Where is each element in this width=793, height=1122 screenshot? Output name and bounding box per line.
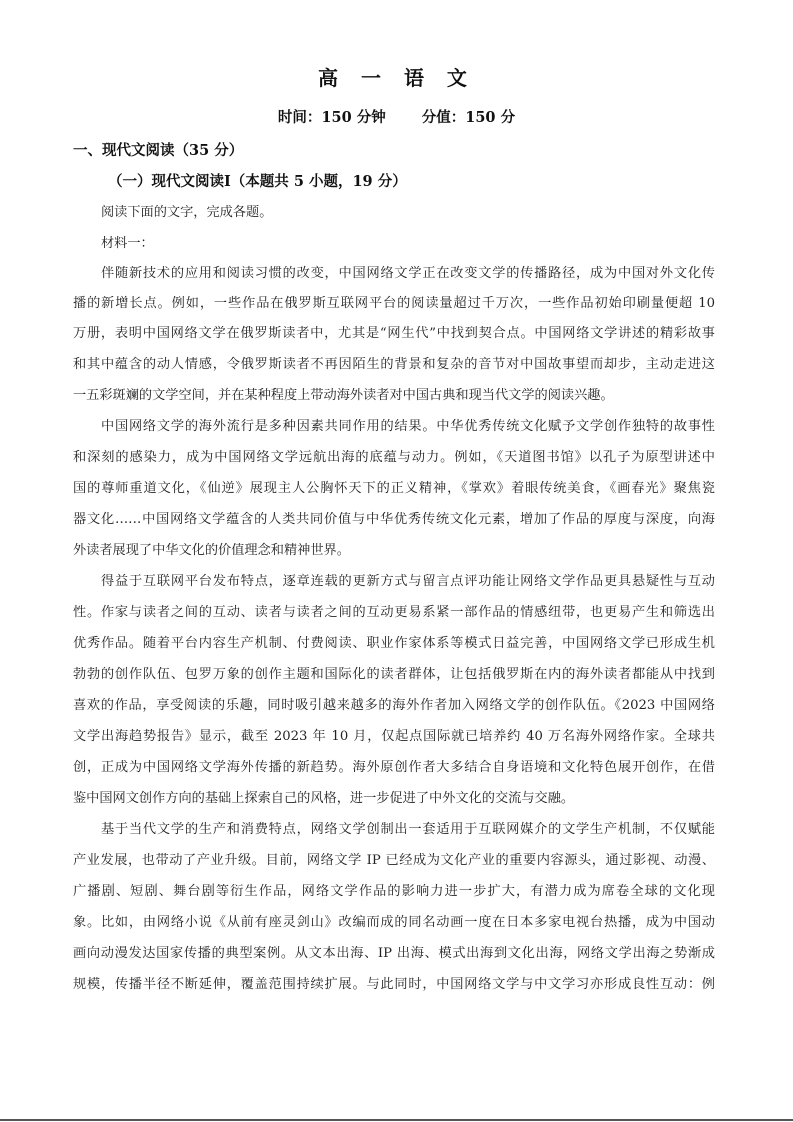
material-label: 材料一： xyxy=(101,232,154,251)
time-limit: 时间：150 分钟 xyxy=(278,106,386,127)
exam-meta: 时间：150 分钟分值：150 分 xyxy=(0,106,793,127)
paragraph-line: 和其中蕴含的动人情感，令俄罗斯读者不再因陌生的背景和复杂的音节对中国故事望而却步… xyxy=(73,356,715,374)
paragraph-line: 一五彩斑斓的文学空间，并在某种程度上带动海外读者对中国古典和现当代文学的阅读兴趣… xyxy=(73,387,715,405)
paragraph-line: 象。比如，由网络小说《从前有座灵剑山》改编而成的同名动画一度在日本多家电视台热播… xyxy=(73,914,715,932)
paragraph-line: 喜欢的作品，享受阅读的乐趣，同时吸引越来越多的海外作者加入网络文学的创作队伍。《… xyxy=(73,697,715,715)
paragraph-line: 伴随新技术的应用和阅读习惯的改变，中国网络文学正在改变文学的传播路径，成为中国对… xyxy=(101,265,715,283)
paragraph-line: 规模，传播半径不断延伸，覆盖范围持续扩展。与此同时，中国网络文学与中文学习亦形成… xyxy=(73,976,715,994)
paragraph-line: 播的新增长点。例如，一些作品在俄罗斯互联网平台的阅读量超过千万次，一些作品初始印… xyxy=(73,295,715,313)
paragraph-line: 外读者展现了中华文化的价值理念和精神世界。 xyxy=(73,542,715,560)
paragraph-line: 器文化……中国网络文学蕴含的人类共同价值与中华优秀传统文化元素，增加了作品的厚度… xyxy=(73,511,715,529)
paragraph-line: 勃勃的创作队伍、包罗万象的创作主题和国际化的读者群体，让包括俄罗斯在内的海外读者… xyxy=(73,666,715,684)
subsection-heading: （一）现代文阅读Ⅰ（本题共 5 小题，19 分） xyxy=(108,170,407,191)
paragraph-line: 中国网络文学的海外流行是多种因素共同作用的结果。中华优秀传统文化赋予文学创作独特… xyxy=(101,418,715,436)
paragraph-line: 创，正成为中国网络文学海外传播的新趋势。海外原创作者大多结合自身语境和文化特色展… xyxy=(73,759,715,777)
paragraph-line: 基于当代文学的生产和消费特点，网络文学创制出一套适用于互联网媒介的文学生产机制，… xyxy=(101,821,715,839)
instruction-text: 阅读下面的文字，完成各题。 xyxy=(101,201,272,220)
paragraph-line: 性。作家与读者之间的互动、读者与读者之间的互动更易系紧一部作品的情感纽带，也更易… xyxy=(73,604,715,622)
paragraph-line: 万册，表明中国网络文学在俄罗斯读者中，尤其是“网生代”中找到契合点。中国网络文学… xyxy=(73,325,715,343)
exam-page: 高 一 语 文 时间：150 分钟分值：150 分 一、现代文阅读（35 分） … xyxy=(0,0,793,1122)
paragraph-line: 广播剧、短剧、舞台剧等衍生作品，网络文学作品的影响力进一步扩大，有潜力成为席卷全… xyxy=(73,883,715,901)
paragraph-line: 文学出海趋势报告》显示，截至 2023 年 10 月，仅起点国际就已培养约 40… xyxy=(73,728,715,746)
section-heading: 一、现代文阅读（35 分） xyxy=(73,139,243,160)
paragraph-line: 得益于互联网平台发布特点，逐章连载的更新方式与留言点评功能让网络文学作品更具悬疑… xyxy=(101,573,715,591)
paragraph-line: 和深刻的感染力，成为中国网络文学远航出海的底蕴与动力。例如，《天道图书馆》以孔子… xyxy=(73,449,715,467)
paragraph-line: 优秀作品。随着平台内容生产机制、付费阅读、职业作家体系等模式日益完善，中国网络文… xyxy=(73,635,715,653)
page-bottom-rule xyxy=(0,1119,793,1121)
paragraph-line: 国的尊师重道文化，《仙逆》展现主人公胸怀天下的正义精神，《掌欢》着眼传统美食，《… xyxy=(73,480,715,498)
paragraph-line: 产业发展，也带动了产业升级。目前，网络文学 IP 已经成为文化产业的重要内容源头… xyxy=(73,852,715,870)
total-score: 分值：150 分 xyxy=(422,106,515,127)
paragraph-line: 鉴中国网文创作方向的基础上探索自己的风格，进一步促进了中外文化的交流与交融。 xyxy=(73,790,715,808)
page-title: 高 一 语 文 xyxy=(0,62,793,91)
paragraph-line: 画向动漫发达国家传播的典型案例。从文本出海、IP 出海、模式出海到文化出海，网络… xyxy=(73,945,715,963)
